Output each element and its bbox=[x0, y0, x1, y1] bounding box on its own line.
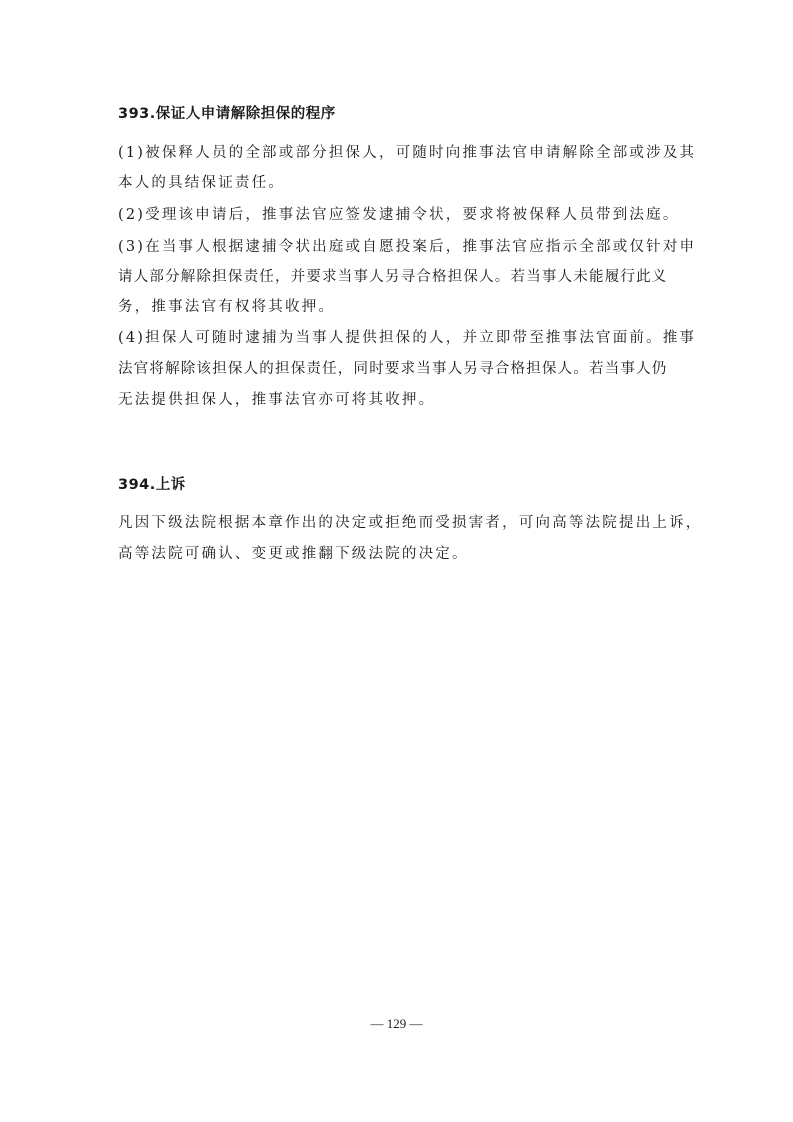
paragraph-line: 请人部分解除担保责任，并要求当事人另寻合格担保人。若当事人未能履行此义 bbox=[118, 265, 668, 286]
paragraph-line: 无法提供担保人，推事法官亦可将其收押。 bbox=[118, 388, 435, 409]
paragraph-line: 本人的具结保证责任。 bbox=[118, 171, 285, 192]
section-heading-393: 393.保证人申请解除担保的程序 bbox=[118, 102, 336, 123]
page-number: — 129 — bbox=[0, 1016, 793, 1032]
paragraph-line: (4)担保人可随时逮捕为当事人提供担保的人，并立即带至推事法官面前。推事 bbox=[118, 326, 696, 347]
paragraph-line: 高等法院可确认、变更或推翻下级法院的决定。 bbox=[118, 542, 469, 563]
paragraph-line: 凡因下级法院根据本章作出的决定或拒绝而受损害者，可向高等法院提出上诉， bbox=[118, 511, 703, 532]
paragraph-line: (1)被保释人员的全部或部分担保人，可随时向推事法官申请解除全部或涉及其 bbox=[118, 141, 696, 162]
paragraph-line: (3)在当事人根据逮捕令状出庭或自愿投案后，推事法官应指示全部或仅针对申 bbox=[118, 235, 696, 256]
paragraph-line: 法官将解除该担保人的担保责任，同时要求当事人另寻合格担保人。若当事人仍 bbox=[118, 357, 668, 378]
section-heading-394: 394.上诉 bbox=[118, 473, 186, 494]
document-page: 393.保证人申请解除担保的程序 (1)被保释人员的全部或部分担保人，可随时向推… bbox=[0, 0, 793, 1122]
paragraph-line: (2)受理该申请后，推事法官应签发逮捕令状，要求将被保释人员带到法庭。 bbox=[118, 203, 680, 224]
paragraph-line: 务，推事法官有权将其收押。 bbox=[118, 295, 335, 316]
